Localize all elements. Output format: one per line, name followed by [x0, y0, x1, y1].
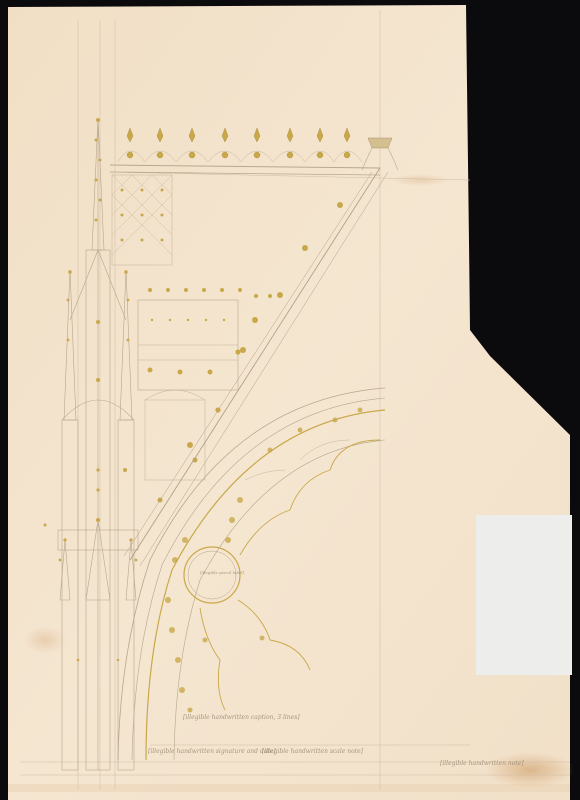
caption-center: [illegible handwritten caption, 3 lines]	[183, 714, 300, 721]
stain	[485, 752, 575, 788]
bottom-right-note: [illegible handwritten note]	[440, 760, 524, 767]
tissue-patch	[476, 515, 572, 675]
signature-date: [illegible handwritten signature and dat…	[148, 748, 276, 755]
scale-label: [illegible handwritten scale note]	[262, 748, 363, 755]
roundel-label: [illegible pencil label]	[200, 570, 244, 575]
drawing-scan	[0, 0, 580, 800]
